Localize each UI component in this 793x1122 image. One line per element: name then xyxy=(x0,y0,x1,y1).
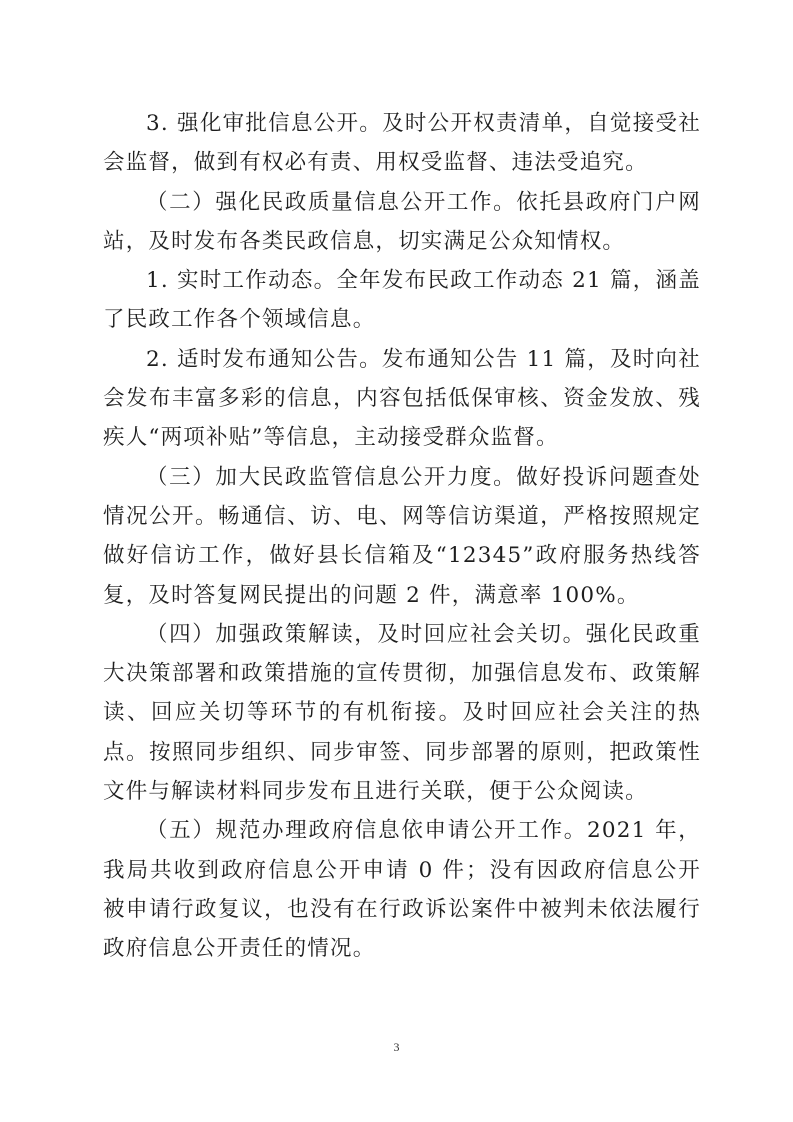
paragraph-section-4-policy: （四）加强政策解读，及时回应社会关切。强化民政重大决策部署和政策措施的宣传贯彻，… xyxy=(103,615,701,811)
document-page: 3. 强化审批信息公开。及时公开权责清单，自觉接受社会监督，做到有权必有责、用权… xyxy=(0,0,793,1122)
paragraph-notices: 2. 适时发布通知公告。发布通知公告 11 篇，及时向社会发布丰富多彩的信息，内… xyxy=(103,340,701,458)
paragraph-approval-info: 3. 强化审批信息公开。及时公开权责清单，自觉接受社会监督，做到有权必有责、用权… xyxy=(103,104,701,183)
paragraph-section-5-requests: （五）规范办理政府信息依申请公开工作。2021 年，我局共收到政府信息公开申请 … xyxy=(103,811,701,968)
document-body: 3. 强化审批信息公开。及时公开权责清单，自觉接受社会监督，做到有权必有责、用权… xyxy=(103,104,701,969)
paragraph-work-dynamics: 1. 实时工作动态。全年发布民政工作动态 21 篇，涵盖了民政工作各个领域信息。 xyxy=(103,261,701,340)
paragraph-section-2-heading: （二）强化民政质量信息公开工作。依托县政府门户网站，及时发布各类民政信息，切实满… xyxy=(103,183,701,262)
paragraph-section-3-supervision: （三）加大民政监管信息公开力度。做好投诉问题查处情况公开。畅通信、访、电、网等信… xyxy=(103,458,701,615)
page-number: 3 xyxy=(0,1040,793,1055)
